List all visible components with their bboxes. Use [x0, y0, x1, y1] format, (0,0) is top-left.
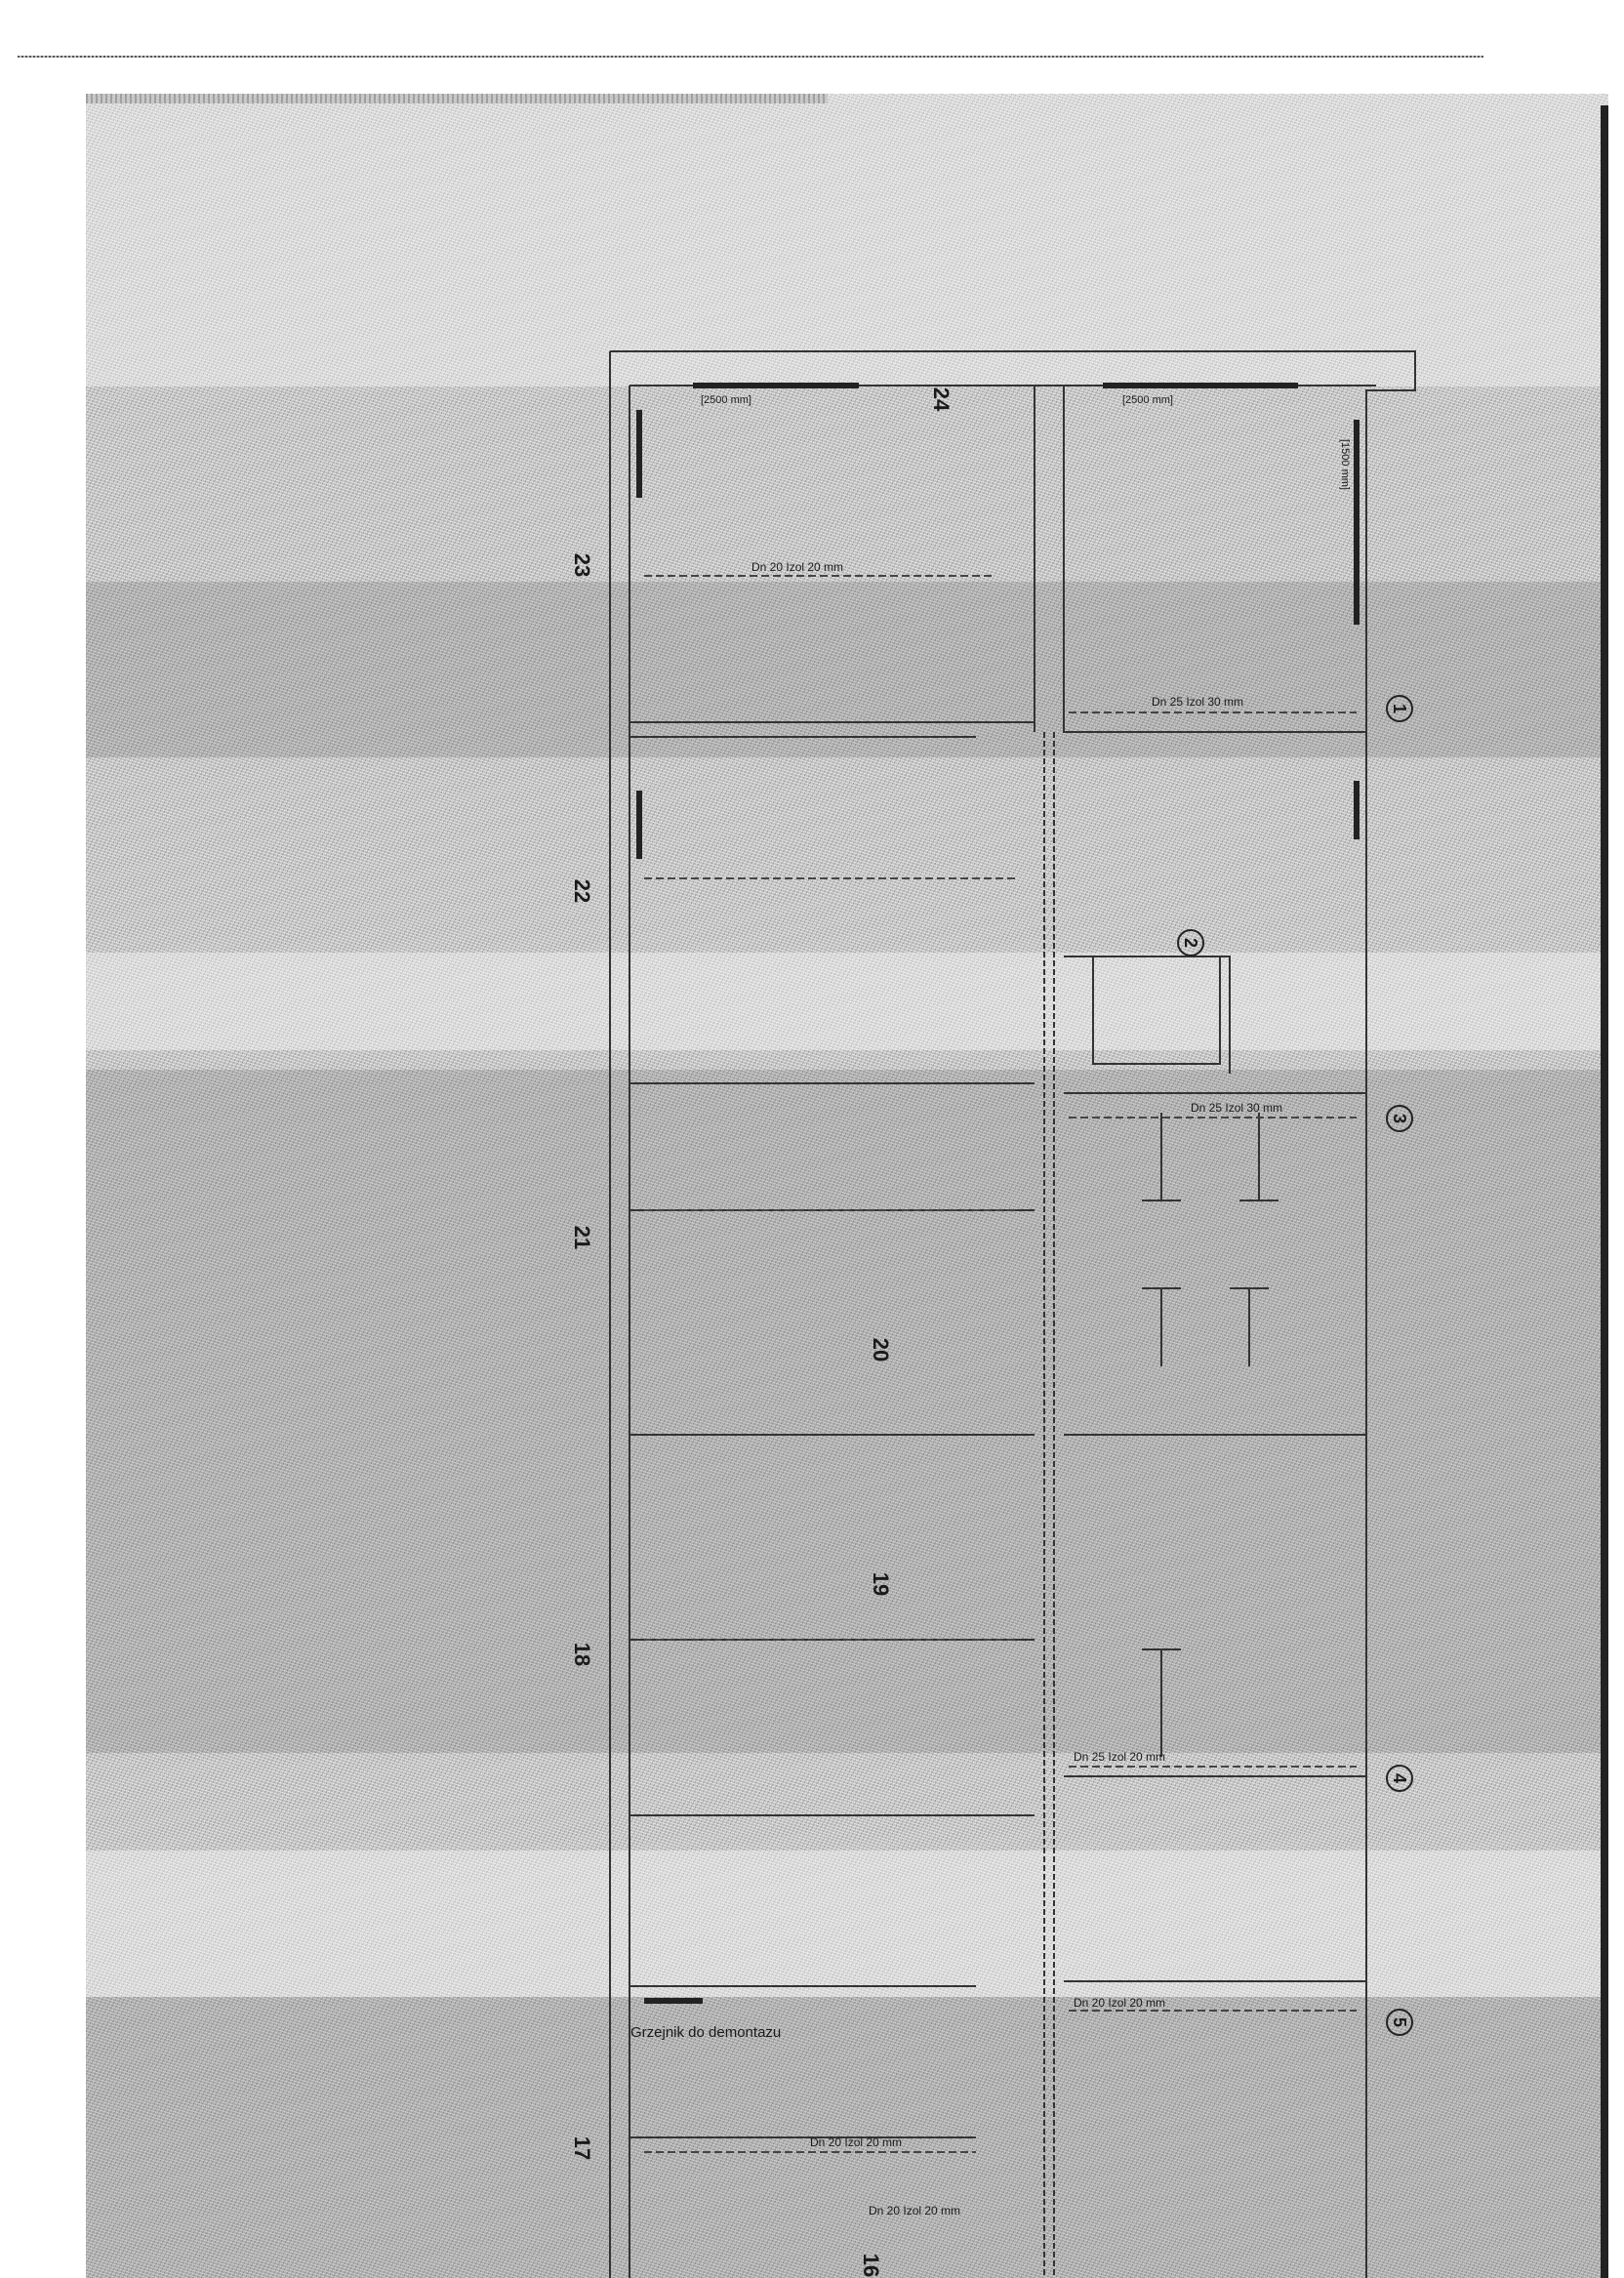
room-number-21: 21 — [569, 1226, 594, 1249]
radiator-dimension: [1500 mm] — [1339, 439, 1351, 490]
pipe-label: Dn 20 Izol 20 mm — [1074, 1996, 1165, 2010]
room-number-23: 23 — [569, 553, 594, 577]
pipe-label: Dn 20 Izol 20 mm — [751, 560, 843, 574]
floor-plan: 24 23 22 21 20 19 18 17 16 1 2 3 4 5 Dn … — [0, 0, 1624, 2278]
room-number-3: 3 — [1386, 1105, 1413, 1132]
room-number-24: 24 — [928, 387, 954, 411]
room-number-18: 18 — [569, 1643, 594, 1666]
radiator-dimension: [2500 mm] — [1122, 394, 1173, 406]
room-number-19: 19 — [868, 1572, 893, 1596]
room-number-20: 20 — [868, 1338, 893, 1362]
room-number-4: 4 — [1386, 1765, 1413, 1792]
room-number-22: 22 — [569, 879, 594, 903]
radiator-dimension: [2500 mm] — [701, 394, 751, 406]
floor-plan-walls — [0, 0, 1624, 2278]
pipe-label: Dn 25 Izol 20 mm — [1074, 1750, 1165, 1764]
room-number-1: 1 — [1386, 695, 1413, 722]
radiator-removal-note: Grzejnik do demontazu — [630, 2024, 781, 2041]
room-number-17: 17 — [569, 2136, 594, 2160]
pipe-label: Dn 20 Izol 20 mm — [869, 2204, 960, 2217]
pipe-label: Dn 25 Izol 30 mm — [1191, 1101, 1282, 1115]
room-number-16: 16 — [858, 2254, 883, 2277]
room-number-5: 5 — [1386, 2009, 1413, 2036]
room-number-2: 2 — [1177, 929, 1204, 956]
pipe-label: Dn 20 Izol 20 mm — [810, 2136, 902, 2149]
pipe-label: Dn 25 Izol 30 mm — [1152, 695, 1243, 709]
